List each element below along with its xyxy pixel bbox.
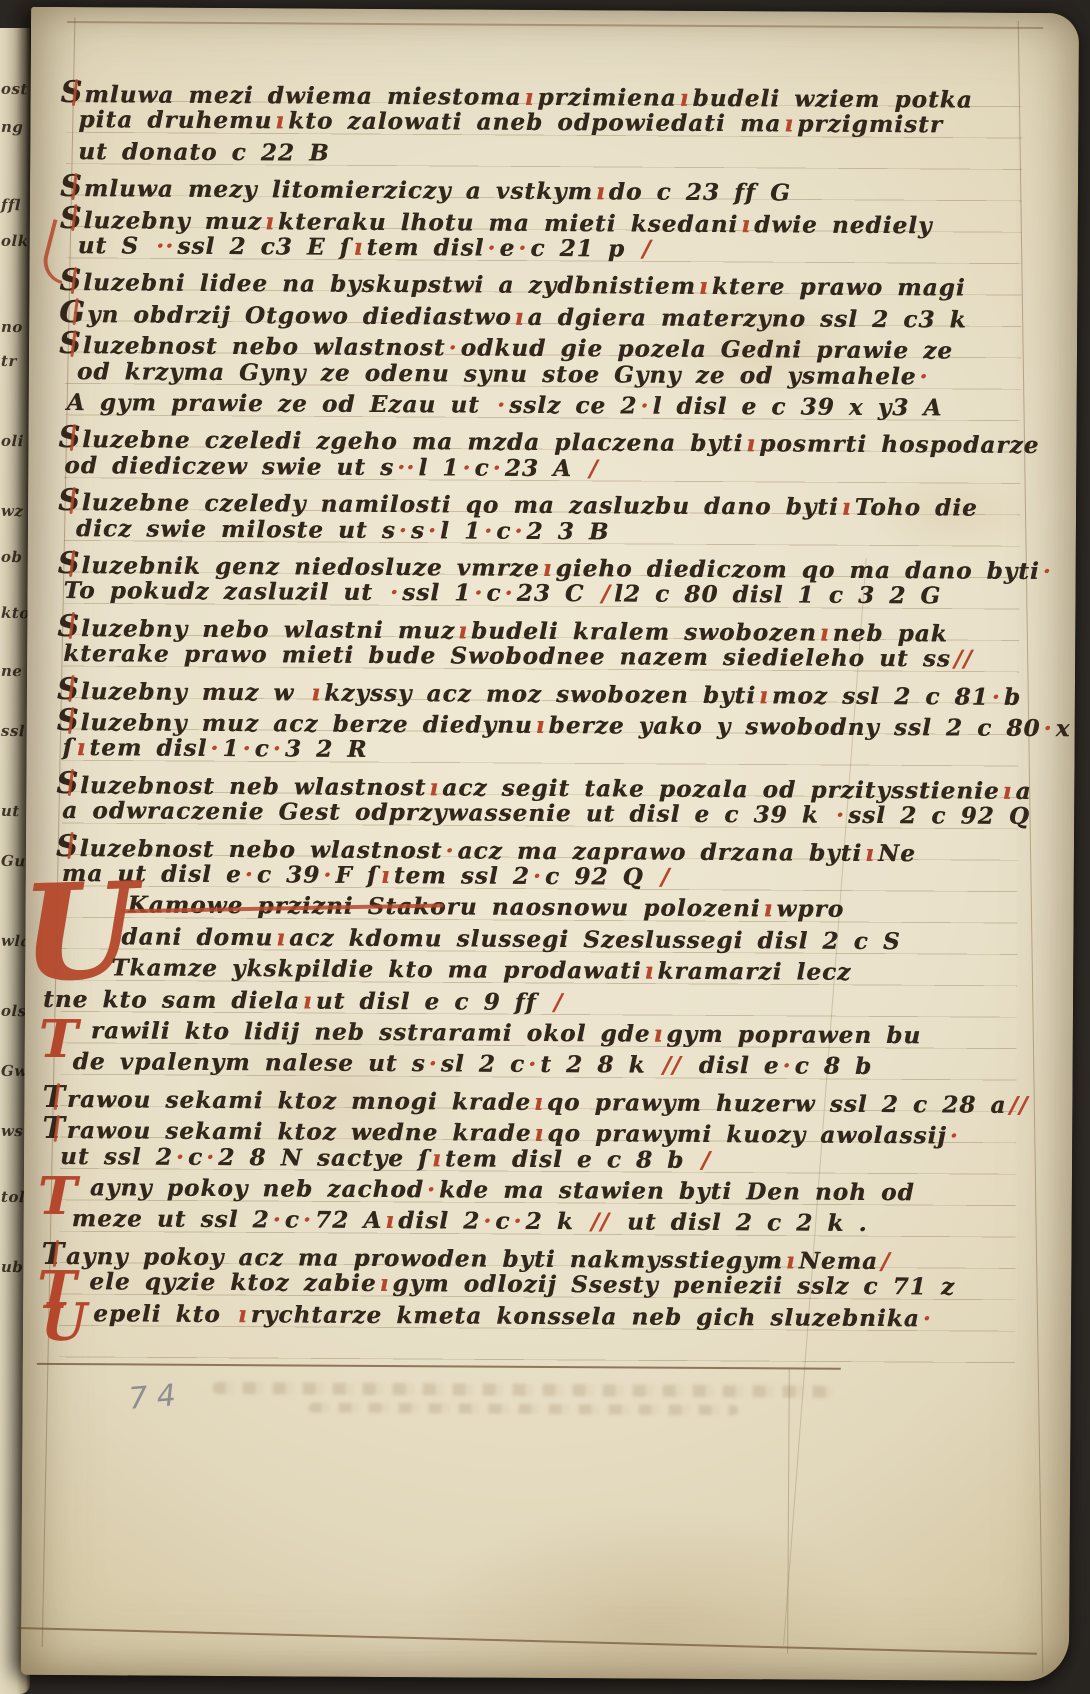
rubric-touched-initial: S	[57, 672, 80, 707]
rubric-touched-initial: S	[57, 609, 80, 644]
red-mark: ∕∕	[954, 646, 973, 673]
red-mark: ·	[245, 861, 254, 888]
red-mark: ı	[741, 211, 751, 238]
manuscript-line: ele qyzie ktoz zabieıgym odlozij Ssesty …	[89, 1268, 955, 1304]
red-mark: ··	[156, 233, 174, 260]
red-mark: ·	[273, 736, 282, 763]
red-mark: ı	[534, 1089, 544, 1116]
pencil-folio-number: 74	[127, 1377, 186, 1416]
red-mark: ı	[536, 712, 546, 739]
rubric-touched-initial: S	[57, 703, 80, 738]
manuscript-line: Tayny pokoy acz ma prowoden byti nakmyss…	[41, 1237, 893, 1273]
manuscript-line: tne kto sam dielaıut disl e c 9 ff ∕	[43, 986, 566, 1020]
red-mark: ı	[653, 1021, 663, 1048]
red-mark: ∕∕	[663, 1052, 682, 1079]
red-mark: ·	[427, 1176, 436, 1203]
red-mark: ı	[1003, 778, 1013, 805]
red-mark: ı	[680, 85, 690, 112]
facing-page-text-fragment: ne	[1, 662, 23, 680]
manuscript-line: Trawou sekami ktoz wedne kradeıqo prawym…	[42, 1111, 962, 1148]
red-mark: ı	[276, 924, 286, 951]
red-mark: ı	[842, 494, 852, 521]
red-mark: ·	[462, 454, 471, 481]
red-mark: ı	[865, 840, 875, 867]
facing-page-text-fragment: olk	[1, 232, 29, 251]
red-mark: ı	[311, 679, 321, 706]
manuscript-line: ut donato c 22 B	[78, 138, 330, 171]
manuscript-line: Sluzebnost nebo wlastnost·acz ma zaprawo…	[56, 829, 916, 865]
facing-page-text-fragment: no	[1, 318, 23, 336]
rubric-touched-initial: S	[58, 546, 81, 581]
red-mark: ı	[763, 896, 773, 923]
red-mark: ·	[836, 802, 845, 829]
red-mark: ı	[784, 111, 794, 138]
facing-page-text-fragment: wz	[1, 502, 24, 520]
red-mark: ·	[487, 235, 496, 262]
red-mark: ·	[518, 235, 527, 262]
red-mark: ·	[206, 1143, 215, 1170]
manuscript-line: Tkamze ykskpildie kto ma prodawatiıkrama…	[111, 955, 851, 991]
red-mark: ·	[210, 735, 219, 762]
red-mark: ∕	[601, 581, 611, 608]
red-mark: ·	[390, 579, 399, 606]
facing-page-text-fragment: tol	[1, 1188, 26, 1207]
rubric-touched-initial: S	[58, 483, 81, 518]
red-mark: ·	[483, 1208, 492, 1235]
manuscript-line: kterake prawo mieti bude Swobodnee nazem…	[63, 640, 976, 677]
rubricated-initial: U	[41, 1293, 87, 1351]
rubric-touched-initial: T	[42, 1080, 66, 1115]
manuscript-line: rawili kto lidij neb sstrarami okol gdeı…	[91, 1017, 922, 1053]
facing-page-text-fragment: oli	[1, 432, 24, 450]
manuscript-line: ma ut disl e·c 39·F ſıtem ssl 2·c 92 Q ∕	[62, 860, 674, 895]
manuscript-line: Sluzebni lidee na byskupstwi a zydbnisti…	[59, 263, 965, 300]
red-mark: ı	[786, 1247, 796, 1274]
red-mark: ·	[429, 1051, 438, 1078]
rubric-touched-initial: S	[59, 263, 82, 298]
red-mark: ı	[432, 1145, 442, 1172]
red-mark: ·	[1043, 715, 1052, 742]
red-mark: ·	[533, 863, 542, 890]
facing-page-text-fragment: tr	[1, 352, 17, 370]
red-mark: ·	[176, 1143, 185, 1170]
manuscript-line: dani domuıacz kdomu slussegi Szeslussegi…	[121, 923, 900, 959]
red-mark: ı	[429, 774, 439, 801]
red-mark: ı	[543, 555, 553, 582]
red-mark: ı	[746, 431, 756, 458]
red-mark: ·	[514, 517, 523, 544]
red-mark: ·	[445, 837, 454, 864]
red-mark: ı	[524, 84, 534, 111]
rubric-touched-initial: S	[60, 169, 83, 204]
red-mark: ·	[448, 335, 457, 362]
red-mark: ı	[820, 619, 830, 646]
red-mark: ·	[303, 1207, 312, 1234]
manuscript-line: meze ut ssl 2·c·72 Aıdisl 2·c·2 k ∕∕ ut …	[72, 1205, 868, 1241]
red-mark: ·	[782, 1053, 791, 1080]
red-mark: ·	[528, 1051, 537, 1078]
red-mark: ı	[644, 958, 654, 985]
parchment-page: Smluwa mezi dwiema miestomaıprzimienaıbu…	[21, 7, 1079, 1681]
red-mark: ı	[303, 987, 313, 1014]
rubric-touched-initial: S	[59, 326, 82, 361]
rubric-touched-initial: S	[56, 766, 79, 801]
red-mark: ·	[950, 1123, 959, 1150]
red-mark: ·	[474, 580, 483, 607]
red-mark: ı	[458, 617, 468, 644]
manuscript-line: ayny pokoy neb zachod·kde ma stawien byt…	[90, 1174, 915, 1210]
manuscript-line: Gyn obdrzij Otgowo diediastwoıa dgiera m…	[59, 295, 967, 332]
red-mark: ·	[399, 517, 408, 544]
text-block: Smluwa mezi dwiema miestomaıprzimienaıbu…	[21, 7, 1079, 1681]
manuscript-line: ut ssl 2·c·2 8 N sactye ſıtem disl e c 8…	[60, 1143, 714, 1178]
red-mark: ı	[699, 273, 709, 300]
manuscript-line: Sluzebny nebo wlastni muzıbudeli kralem …	[57, 609, 948, 645]
red-mark: ı	[596, 178, 606, 205]
manuscript-line: od diediczew swie ut s··l 1·c·23 A ∕	[64, 452, 602, 486]
red-mark: ∕	[642, 236, 652, 263]
manuscript-line: Smluwa mezi dwiema miestomaıprzimienaıbu…	[60, 75, 972, 112]
red-mark: ·	[273, 1207, 282, 1234]
red-mark: ∕∕	[1009, 1092, 1028, 1119]
red-mark: ı	[515, 304, 525, 331]
facing-page-text-fragment: ub	[1, 1258, 24, 1276]
manuscript-line: ſıtem disl·1·c·3 2 R	[62, 734, 367, 767]
facing-page-text-fragment: ob	[1, 548, 23, 566]
red-mark: ı	[265, 208, 275, 235]
facing-page-text-fragment: ut	[1, 802, 20, 820]
red-mark: ··	[397, 454, 415, 481]
facing-page-text-fragment: ssl	[1, 722, 25, 741]
manuscript-line: dicz swie miloste ut s·s·l 1·c·2 3 B	[76, 515, 610, 549]
red-mark: ı	[76, 734, 86, 761]
manuscript-line: A gym prawie ze od Ezau ut ·sslz ce 2·l …	[67, 389, 943, 425]
red-mark: ·	[428, 517, 437, 544]
facing-page-text-fragment: ffl	[1, 196, 21, 214]
rubric-touched-initial: G	[59, 295, 86, 330]
facing-page-text-fragment: ws	[1, 1122, 24, 1140]
manuscript-photo: ostngfflolknotroliwzobktonesslutGuwlaols…	[0, 0, 1090, 1694]
manuscript-line: de vpalenym nalese ut s·sl 2 c·t 2 8 k ∕…	[73, 1048, 873, 1084]
red-mark: ı	[380, 1270, 390, 1297]
manuscript-line: Sluzebny muzıkteraku lhotu ma mieti ksed…	[60, 201, 933, 237]
red-mark: ·	[484, 517, 493, 544]
red-mark: ∕∕	[591, 1209, 610, 1236]
red-mark: ·	[992, 683, 1001, 710]
rubric-touched-initial: S	[58, 420, 81, 455]
red-mark: ·	[1043, 558, 1052, 585]
red-mark: ·	[323, 862, 332, 889]
manuscript-line: pita druhemuıkto zalowati aneb odpowieda…	[78, 106, 943, 142]
rubric-touched-initial: S	[60, 201, 83, 236]
facing-page-text-fragment: ost	[1, 80, 28, 99]
manuscript-line: To pokudz zasluzil ut ·ssl 1·c·23 C ∕l2 …	[63, 577, 941, 613]
red-mark: ·	[504, 580, 513, 607]
red-mark: ∕	[881, 1248, 891, 1275]
red-mark: ı	[275, 108, 285, 135]
facing-page-text-fragment: kto	[1, 604, 30, 623]
red-mark: ı	[385, 1207, 395, 1234]
manuscript-line: ut S ··ssl 2 c3 E ſıtem disl·e·c 21 p ∕	[78, 232, 655, 267]
rubric-touched-initial: T	[42, 1111, 66, 1146]
red-mark: ı	[354, 234, 364, 261]
red-mark: ı	[759, 682, 769, 709]
red-mark: ∕	[701, 1147, 711, 1174]
facing-page-text-fragment: ng	[1, 118, 24, 136]
rubric-touched-initial: S	[60, 75, 83, 110]
manuscript-line: od krzyma Gyny ze odenu synu stoe Gyny z…	[77, 358, 932, 394]
manuscript-line: Sluzebne czeledy namilosti qo ma zasluzb…	[58, 483, 978, 520]
red-mark: ·	[919, 363, 928, 390]
red-mark: ı	[381, 862, 391, 889]
red-mark: ∕	[554, 989, 564, 1016]
red-mark: ·	[513, 1208, 522, 1235]
red-mark: ·	[923, 1305, 932, 1332]
manuscript-line: Sluzebnost nebo wlastnost·odkud gie poze…	[59, 326, 953, 362]
red-mark: ı	[534, 1120, 544, 1147]
red-mark: ∕	[589, 455, 599, 482]
red-mark: ∕	[661, 864, 671, 891]
manuscript-line: epeli kto ırychtarze kmeta konssela neb …	[93, 1300, 935, 1336]
manuscript-line: Smluwa mezy litomierziczy a vstkymıdo c …	[60, 169, 791, 204]
red-mark: ·	[640, 393, 649, 420]
red-mark: ·	[493, 454, 502, 481]
red-mark: ı	[238, 1301, 248, 1328]
red-mark: ·	[242, 736, 251, 763]
red-mark: ·	[497, 392, 506, 419]
